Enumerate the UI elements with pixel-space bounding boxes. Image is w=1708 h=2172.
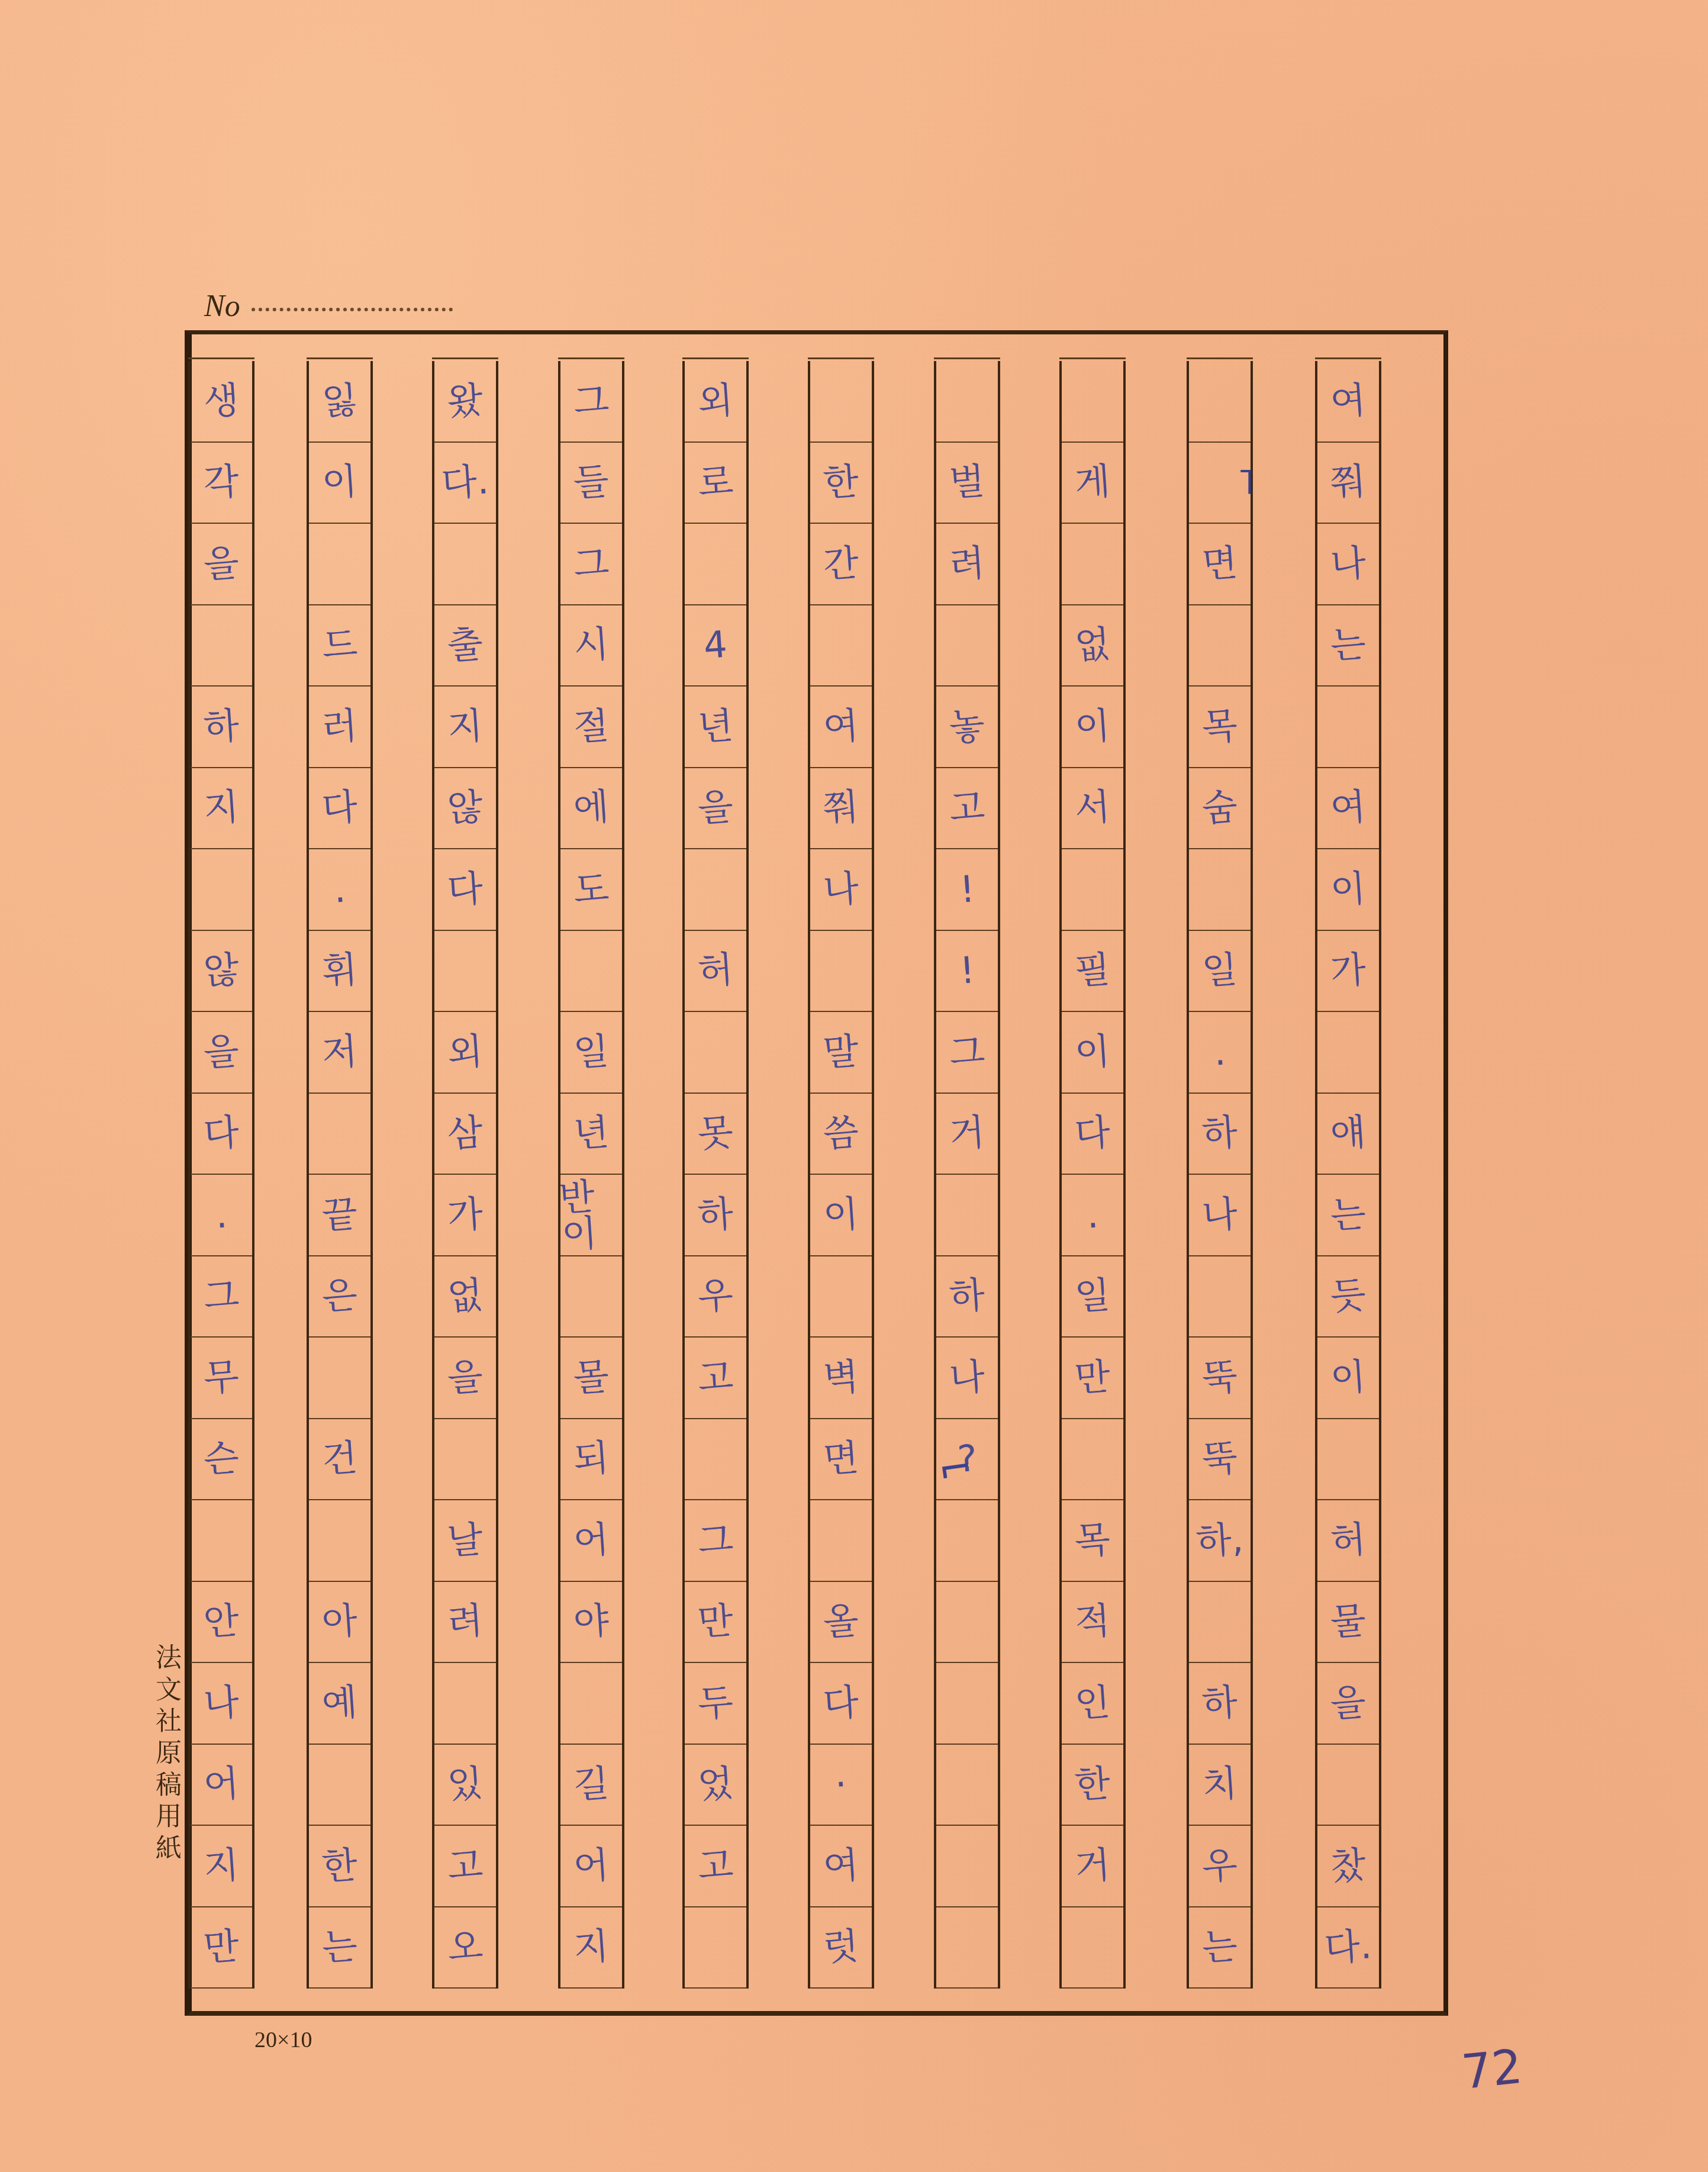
manuscript-cell: 만 xyxy=(1062,1338,1123,1419)
manuscript-cell: 숨 xyxy=(1189,768,1251,850)
manuscript-cell xyxy=(936,1582,998,1664)
handwritten-glyph: 삼 xyxy=(446,1114,484,1153)
handwritten-glyph: 절 xyxy=(572,707,610,746)
manuscript-column: 면목숨일.하나뚝뚝하,하치우는 xyxy=(1187,361,1253,1989)
handwritten-glyph: 있 xyxy=(446,1765,484,1804)
manuscript-cell xyxy=(191,605,252,687)
manuscript-cell: 그 xyxy=(191,1256,252,1338)
handwritten-glyph: 이 xyxy=(1329,1358,1367,1397)
handwritten-glyph: 한 xyxy=(1074,1765,1111,1804)
manuscript-cell: 무 xyxy=(191,1338,252,1419)
handwritten-glyph: 도 xyxy=(572,870,610,909)
manuscript-cell: 여 xyxy=(1317,768,1379,850)
manuscript-cell: 적 xyxy=(1062,1582,1123,1664)
handwritten-glyph: . xyxy=(333,871,347,908)
manuscript-cell: 년 xyxy=(560,1094,622,1175)
manuscript-column: 한간여쭤나말씀이벽면올다·여럿 xyxy=(808,361,874,1989)
manuscript-cell: 을 xyxy=(191,524,252,605)
handwritten-glyph: 우 xyxy=(697,1277,734,1316)
handwritten-glyph: 여 xyxy=(822,707,860,746)
manuscript-cell: 있 xyxy=(434,1745,496,1826)
manuscript-cell xyxy=(936,1500,998,1582)
manuscript-cell: 이 xyxy=(1062,687,1123,768)
manuscript-cell: 이 xyxy=(1317,1338,1379,1419)
manuscript-cell: 일 xyxy=(560,1012,622,1094)
handwritten-glyph: 나 xyxy=(822,870,860,909)
manuscript-cell: 가 xyxy=(1317,931,1379,1013)
manuscript-cell xyxy=(560,931,622,1013)
manuscript-cell: · xyxy=(810,1745,872,1826)
manuscript-cell: 외 xyxy=(434,1012,496,1094)
handwritten-glyph: 시 xyxy=(572,626,610,665)
handwritten-glyph: 다 xyxy=(446,870,484,909)
handwritten-glyph: 오 xyxy=(446,1928,484,1967)
manuscript-cell xyxy=(309,1500,370,1582)
manuscript-cell: 거 xyxy=(936,1094,998,1175)
manuscript-cell: 거 xyxy=(1062,1826,1123,1907)
handwritten-glyph: 씀 xyxy=(822,1114,860,1153)
publisher-char: 社 xyxy=(156,1706,182,1738)
manuscript-cell: 그 xyxy=(560,361,622,443)
manuscript-cell: 허 xyxy=(1317,1500,1379,1582)
handwritten-glyph: 그 xyxy=(572,544,610,584)
manuscript-cell: 삼 xyxy=(434,1094,496,1175)
manuscript-cell: 씀 xyxy=(810,1094,872,1175)
manuscript-cell: 벌 xyxy=(936,443,998,524)
publisher-char: 用 xyxy=(156,1801,182,1833)
handwritten-glyph: 없 xyxy=(1074,626,1111,665)
handwritten-glyph: 야 xyxy=(572,1602,610,1641)
manuscript-cell: 저 xyxy=(309,1012,370,1094)
manuscript-cell xyxy=(309,1094,370,1175)
handwritten-glyph: 끝 xyxy=(321,1195,359,1235)
manuscript-cell: 하 xyxy=(685,1175,746,1256)
handwritten-glyph: 럿 xyxy=(822,1928,860,1967)
handwritten-glyph: 을 xyxy=(697,788,734,827)
manuscript-cell: 길 xyxy=(560,1745,622,1826)
manuscript-cell xyxy=(810,931,872,1013)
handwritten-glyph: 거 xyxy=(1074,1846,1111,1886)
manuscript-cell: 그 xyxy=(936,1012,998,1094)
manuscript-cell xyxy=(685,524,746,605)
handwritten-glyph: 는 xyxy=(1329,1195,1367,1235)
manuscript-cell: 다. xyxy=(1317,1907,1379,1989)
manuscript-cell: 지 xyxy=(191,768,252,850)
handwritten-glyph: 을 xyxy=(202,544,240,584)
manuscript-cell: 쭤 xyxy=(810,768,872,850)
manuscript-column: 여쭤나는여이가얘는듯이허물을찼다. xyxy=(1315,361,1381,1989)
handwritten-glyph: 하 xyxy=(202,707,240,746)
manuscript-cell xyxy=(1062,361,1123,443)
manuscript-cell: 을 xyxy=(434,1338,496,1419)
handwritten-glyph: 지 xyxy=(572,1928,610,1967)
handwritten-glyph: 었 xyxy=(697,1765,734,1804)
handwritten-glyph: 외 xyxy=(446,1033,484,1072)
manuscript-cell: 이 xyxy=(1062,1012,1123,1094)
publisher-char: 法 xyxy=(156,1642,182,1674)
manuscript-cell xyxy=(1189,1256,1251,1338)
manuscript-cell: 어 xyxy=(560,1500,622,1582)
manuscript-cell xyxy=(1317,1745,1379,1826)
column-top-rule xyxy=(188,357,254,359)
handwritten-glyph: 허 xyxy=(697,951,734,990)
manuscript-cell: 한 xyxy=(810,443,872,524)
manuscript-cell: 고 xyxy=(936,768,998,850)
manuscript-cell: ! xyxy=(936,849,998,931)
handwritten-glyph: 나 xyxy=(1201,1195,1239,1235)
handwritten-glyph: 허 xyxy=(1329,1521,1367,1560)
manuscript-cell: 지 xyxy=(434,687,496,768)
manuscript-cell xyxy=(560,1663,622,1745)
page-number: 72 xyxy=(1459,2039,1525,2100)
column-top-rule xyxy=(1059,357,1126,359)
manuscript-cell: 허 xyxy=(685,931,746,1013)
handwritten-glyph: 면 xyxy=(1201,544,1239,584)
handwritten-glyph: 생 xyxy=(202,382,240,421)
manuscript-cell: 두 xyxy=(685,1663,746,1745)
handwritten-glyph: 간 xyxy=(822,544,860,584)
handwritten-glyph: 여 xyxy=(822,1846,860,1886)
manuscript-cell xyxy=(1189,849,1251,931)
manuscript-cell xyxy=(685,1907,746,1989)
handwritten-glyph: 잃 xyxy=(321,382,359,421)
manuscript-cell: 들 xyxy=(560,443,622,524)
publisher-char: 稿 xyxy=(156,1770,182,1802)
manuscript-cell xyxy=(1062,1907,1123,1989)
manuscript-cell: 다 xyxy=(810,1663,872,1745)
handwritten-glyph: 못 xyxy=(697,1114,734,1153)
manuscript-cell: 그 xyxy=(685,1500,746,1582)
handwritten-glyph: 뚝 xyxy=(1201,1358,1239,1397)
handwritten-glyph: . xyxy=(1085,1196,1100,1233)
manuscript-cell: 찼 xyxy=(1317,1826,1379,1907)
manuscript-cell: 하, xyxy=(1189,1500,1251,1582)
handwritten-glyph: 그 xyxy=(697,1521,734,1560)
manuscript-cell: 필 xyxy=(1062,931,1123,1013)
manuscript-cell xyxy=(936,1907,998,1989)
manuscript-cell: 은 xyxy=(309,1256,370,1338)
manuscript-cell xyxy=(685,1012,746,1094)
column-top-rule xyxy=(934,357,1000,359)
manuscript-cell: 는 xyxy=(1317,1175,1379,1256)
manuscript-cell: 그 xyxy=(560,524,622,605)
handwritten-glyph: 일 xyxy=(1201,951,1239,990)
handwritten-glyph: 면 xyxy=(822,1439,860,1478)
manuscript-cell xyxy=(810,1500,872,1582)
handwritten-glyph: 길 xyxy=(572,1765,610,1804)
handwritten-glyph: 만 xyxy=(1074,1358,1111,1397)
manuscript-column: 잃이드러다.휘저끝은건아예한는 xyxy=(307,361,373,1989)
manuscript-cell: 어 xyxy=(560,1826,622,1907)
manuscript-cell: 벽 xyxy=(810,1338,872,1419)
manuscript-cell: 건 xyxy=(309,1419,370,1501)
manuscript-cell xyxy=(936,1745,998,1826)
handwritten-glyph: ! xyxy=(958,871,975,908)
handwritten-glyph: 그 xyxy=(572,382,610,421)
manuscript-cell: 우 xyxy=(685,1256,746,1338)
handwritten-glyph: 들 xyxy=(572,463,610,502)
manuscript-column: 그들그시절에도일년반이몰되어야길어지 xyxy=(558,361,624,1989)
handwritten-glyph: 게 xyxy=(1074,463,1111,502)
manuscript-cell: 는 xyxy=(309,1907,370,1989)
manuscript-cell: 는 xyxy=(1189,1907,1251,1989)
publisher-char: 原 xyxy=(156,1738,182,1770)
manuscript-cell: 없 xyxy=(434,1256,496,1338)
manuscript-cell xyxy=(309,1745,370,1826)
handwritten-glyph: 건 xyxy=(321,1439,359,1478)
manuscript-cell: 출 xyxy=(434,605,496,687)
manuscript-cell: 우 xyxy=(1189,1826,1251,1907)
handwritten-glyph: 날 xyxy=(446,1521,484,1560)
manuscript-cell: 다. xyxy=(434,443,496,524)
manuscript-cell: 휘 xyxy=(309,931,370,1013)
handwritten-glyph: 각 xyxy=(202,463,240,502)
manuscript-cell: 4 xyxy=(685,605,746,687)
handwritten-glyph: 러 xyxy=(321,707,359,746)
manuscript-cell xyxy=(434,931,496,1013)
manuscript-cell xyxy=(1317,687,1379,768)
insertion-mark: ˥ xyxy=(1237,462,1255,503)
handwritten-glyph: 어 xyxy=(202,1765,240,1804)
manuscript-cell: 시 xyxy=(560,605,622,687)
manuscript-cell xyxy=(685,1419,746,1501)
manuscript-cell: 물 xyxy=(1317,1582,1379,1664)
manuscript-column: 왔다.출지않다외삼가없을날려있고오 xyxy=(432,361,498,1989)
handwritten-glyph: 려 xyxy=(948,544,986,584)
manuscript-cell: 슨 xyxy=(191,1419,252,1501)
handwritten-glyph: 나 xyxy=(202,1684,240,1723)
manuscript-cell xyxy=(685,849,746,931)
handwritten-glyph: 만 xyxy=(697,1602,734,1641)
manuscript-cell: 하 xyxy=(1189,1663,1251,1745)
manuscript-cell: 년 xyxy=(685,687,746,768)
manuscript-cell: 만 xyxy=(685,1582,746,1664)
manuscript-cell: 날 xyxy=(434,1500,496,1582)
handwritten-glyph: 는 xyxy=(1201,1928,1239,1967)
handwritten-glyph: 가 xyxy=(1329,951,1367,990)
handwritten-glyph: 지 xyxy=(202,1846,240,1886)
manuscript-cell xyxy=(434,1663,496,1745)
manuscript-cell: 올 xyxy=(810,1582,872,1664)
handwritten-glyph: 인 xyxy=(1074,1684,1111,1723)
manuscript-cell: 만 xyxy=(191,1907,252,1989)
manuscript-cell: 고 xyxy=(685,1338,746,1419)
manuscript-cell xyxy=(936,1663,998,1745)
manuscript-cell: 한 xyxy=(1062,1745,1123,1826)
handwritten-glyph: 찼 xyxy=(1329,1846,1367,1886)
manuscript-cell: 목 xyxy=(1062,1500,1123,1582)
handwritten-glyph: 가 xyxy=(446,1195,484,1235)
manuscript-cell: 몰 xyxy=(560,1338,622,1419)
manuscript-cell: 잃 xyxy=(309,361,370,443)
manuscript-cell: 않 xyxy=(191,931,252,1013)
manuscript-cell: 드 xyxy=(309,605,370,687)
handwritten-glyph: 다 xyxy=(321,788,359,827)
handwritten-glyph: 치 xyxy=(1201,1765,1239,1804)
manuscript-cell: 듯 xyxy=(1317,1256,1379,1338)
handwritten-glyph: 고 xyxy=(697,1846,734,1886)
manuscript-cell: 놓 xyxy=(936,687,998,768)
handwritten-glyph: 하 xyxy=(697,1195,734,1235)
handwritten-glyph: 두 xyxy=(697,1684,734,1723)
manuscript-cell: ! xyxy=(936,931,998,1013)
manuscript-column: 외로4년을허못하우고그만두었고 xyxy=(682,361,749,1989)
manuscript-cell xyxy=(191,1500,252,1582)
manuscript-column: 생각을하지않을다.그무슨안나어지만 xyxy=(188,361,254,1989)
handwritten-glyph: 고 xyxy=(446,1846,484,1886)
manuscript-cell xyxy=(1189,605,1251,687)
handwritten-glyph: 한 xyxy=(822,463,860,502)
manuscript-cell: 아 xyxy=(309,1582,370,1664)
manuscript-cell: 고 xyxy=(434,1826,496,1907)
manuscript-cell: 안 xyxy=(191,1582,252,1664)
manuscript-cell: 나 xyxy=(1189,1175,1251,1256)
handwritten-glyph: 하, xyxy=(1195,1520,1245,1560)
manuscript-cell: 서 xyxy=(1062,768,1123,850)
manuscript-cell: 이 xyxy=(1317,849,1379,931)
manuscript-cell: . xyxy=(1189,1012,1251,1094)
manuscript-cell: 한 xyxy=(309,1826,370,1907)
handwritten-glyph: 이 xyxy=(1074,1033,1111,1072)
handwritten-glyph: 여 xyxy=(1329,788,1367,827)
column-top-rule xyxy=(307,357,373,359)
handwritten-glyph: 어 xyxy=(572,1521,610,1560)
manuscript-cell: 하 xyxy=(936,1256,998,1338)
publisher-label: 法文社原稿用紙 xyxy=(151,1642,186,1865)
handwritten-glyph: 년 xyxy=(697,707,734,746)
manuscript-cell: 예 xyxy=(309,1663,370,1745)
line-break-mark: ⌐ xyxy=(935,1442,976,1494)
handwritten-glyph: 다 xyxy=(1074,1114,1111,1153)
manuscript-cell xyxy=(560,1256,622,1338)
handwritten-glyph: · xyxy=(834,1766,848,1803)
handwritten-glyph: 필 xyxy=(1074,951,1111,990)
handwritten-glyph: 은 xyxy=(321,1277,359,1316)
manuscript-cell xyxy=(1317,1419,1379,1501)
handwritten-glyph: 않 xyxy=(202,951,240,990)
manuscript-cell: 반이 xyxy=(560,1175,622,1256)
manuscript-cell: 절 xyxy=(560,687,622,768)
handwritten-glyph: 목 xyxy=(1201,707,1239,746)
manuscript-cell: 을 xyxy=(685,768,746,850)
handwritten-glyph: 다. xyxy=(1323,1928,1373,1967)
handwritten-glyph: 그 xyxy=(202,1277,240,1316)
handwritten-glyph: 을 xyxy=(202,1033,240,1072)
manuscript-cell: 가 xyxy=(434,1175,496,1256)
handwritten-glyph: 하 xyxy=(1201,1684,1239,1723)
publisher-char: 紙 xyxy=(156,1833,182,1865)
handwritten-glyph: 저 xyxy=(321,1033,359,1072)
manuscript-cell: 일 xyxy=(1189,931,1251,1013)
handwritten-glyph: 적 xyxy=(1074,1602,1111,1641)
handwritten-glyph: 없 xyxy=(446,1277,484,1316)
handwritten-glyph: 고 xyxy=(697,1358,734,1397)
manuscript-cell: 나 xyxy=(1317,524,1379,605)
handwritten-glyph: 하 xyxy=(1201,1114,1239,1153)
manuscript-cell: 말 xyxy=(810,1012,872,1094)
handwritten-glyph: 벽 xyxy=(822,1358,860,1397)
manuscript-cell: . xyxy=(191,1175,252,1256)
handwritten-glyph: 다 xyxy=(202,1114,240,1153)
handwritten-glyph: 나 xyxy=(1329,544,1367,584)
manuscript-cell: 하 xyxy=(1189,1094,1251,1175)
handwritten-glyph: 벌 xyxy=(948,463,986,502)
handwritten-glyph: 이 xyxy=(822,1195,860,1235)
manuscript-cell xyxy=(1317,1012,1379,1094)
manuscript-cell xyxy=(936,1826,998,1907)
handwritten-glyph: 슨 xyxy=(202,1439,240,1478)
manuscript-cell: 지 xyxy=(191,1826,252,1907)
manuscript-cell xyxy=(191,849,252,931)
handwritten-glyph: 여 xyxy=(1329,382,1367,421)
manuscript-cell: 다 xyxy=(1062,1094,1123,1175)
manuscript-cell: 로 xyxy=(685,443,746,524)
handwritten-glyph: 만 xyxy=(202,1928,240,1967)
manuscript-cell xyxy=(1062,849,1123,931)
manuscript-cell xyxy=(1062,1419,1123,1501)
handwritten-glyph: 고 xyxy=(948,788,986,827)
manuscript-cell xyxy=(936,1175,998,1256)
manuscript-cell: 을 xyxy=(191,1012,252,1094)
manuscript-cell: 에 xyxy=(560,768,622,850)
manuscript-cell: 지 xyxy=(560,1907,622,1989)
manuscript-cell: 는 xyxy=(1317,605,1379,687)
handwritten-glyph: 에 xyxy=(572,788,610,827)
manuscript-cell: 여 xyxy=(810,1826,872,1907)
manuscript-cell: 없 xyxy=(1062,605,1123,687)
handwritten-glyph: 휘 xyxy=(321,951,359,990)
handwritten-glyph: 4 xyxy=(702,626,729,665)
manuscript-cell: 면 xyxy=(1189,524,1251,605)
manuscript-cell: 어 xyxy=(191,1745,252,1826)
handwritten-glyph: 우 xyxy=(1201,1846,1239,1886)
manuscript-cell: 었 xyxy=(685,1745,746,1826)
manuscript-cell: 이 xyxy=(309,443,370,524)
manuscript-cell: 러 xyxy=(309,687,370,768)
column-top-rule xyxy=(558,357,624,359)
manuscript-cell xyxy=(810,361,872,443)
manuscript-cell xyxy=(936,361,998,443)
handwritten-glyph: 거 xyxy=(948,1114,986,1153)
handwritten-glyph: 다. xyxy=(440,463,490,502)
handwritten-glyph: 을 xyxy=(1329,1684,1367,1723)
number-dotted-line xyxy=(252,308,453,311)
handwritten-glyph: 어 xyxy=(572,1846,610,1886)
handwritten-glyph: 놓 xyxy=(948,707,986,746)
manuscript-cell: 간 xyxy=(810,524,872,605)
number-label: No xyxy=(204,289,240,324)
handwritten-glyph: 물 xyxy=(1329,1602,1367,1641)
column-top-rule xyxy=(682,357,749,359)
handwritten-glyph: 일 xyxy=(572,1033,610,1072)
handwritten-glyph: 외 xyxy=(697,382,734,421)
handwritten-glyph: 려 xyxy=(446,1602,484,1641)
handwritten-glyph: 하 xyxy=(948,1277,986,1316)
handwritten-glyph: . xyxy=(1213,1033,1227,1071)
column-top-rule xyxy=(432,357,498,359)
handwritten-glyph: 올 xyxy=(822,1602,860,1641)
manuscript-cell: 도 xyxy=(560,849,622,931)
manuscript-cell xyxy=(309,1338,370,1419)
manuscript-cell: 나 xyxy=(191,1663,252,1745)
manuscript-cell: 각 xyxy=(191,443,252,524)
manuscript-column: 게없이서필이다.일만목적인한거 xyxy=(1059,361,1126,1989)
manuscript-cell: 얘 xyxy=(1317,1094,1379,1175)
manuscript-cell: 오 xyxy=(434,1907,496,1989)
handwritten-glyph: 다 xyxy=(822,1684,860,1723)
handwritten-glyph: 나 xyxy=(948,1358,986,1397)
handwritten-glyph: 드 xyxy=(321,626,359,665)
